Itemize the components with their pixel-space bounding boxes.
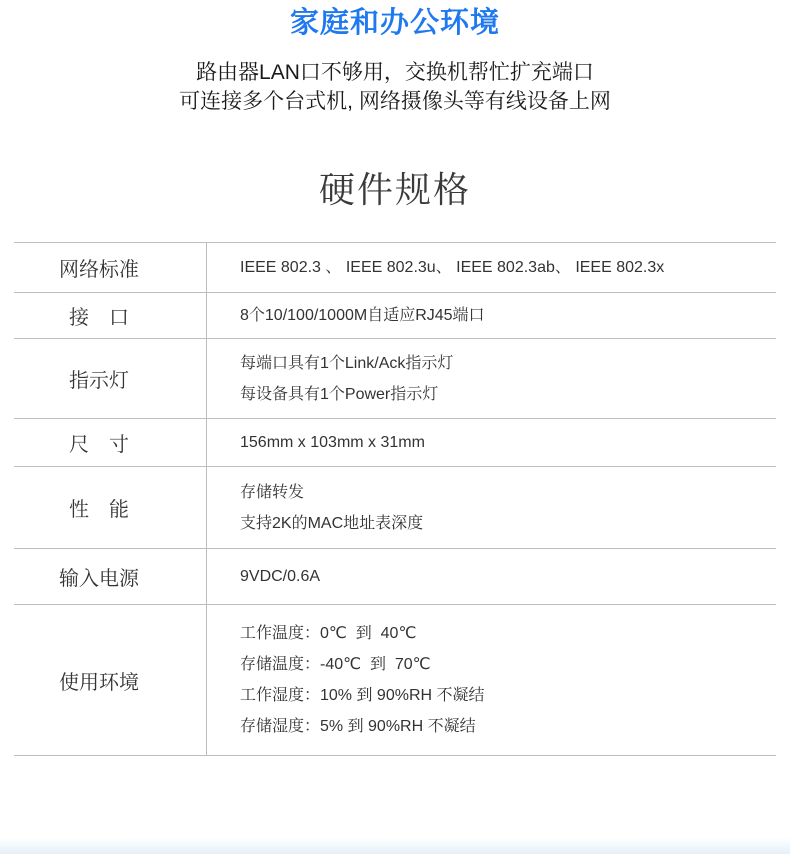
- table-row-input-power: 输入电源 9VDC/0.6A: [14, 548, 776, 604]
- row-label: 网络标准: [14, 243, 207, 292]
- row-value-line: 存储温度：-40℃ 到 70℃: [240, 649, 776, 680]
- row-label: 接 口: [14, 293, 207, 338]
- section-heading: 硬件规格: [0, 170, 790, 210]
- table-row-ports: 接 口 8个10/100/1000M自适应RJ45端口: [14, 292, 776, 338]
- spec-table: 网络标准 IEEE 802.3 、 IEEE 802.3u、 IEEE 802.…: [14, 242, 776, 756]
- row-value: 156mm x 103mm x 31mm: [207, 419, 776, 466]
- row-label: 尺 寸: [14, 419, 207, 466]
- intro-subtitle-line-2: 可连接多个台式机, 网络摄像头等有线设备上网: [0, 87, 790, 116]
- row-label: 性 能: [14, 467, 207, 548]
- row-label: 指示灯: [14, 339, 207, 418]
- intro-section: 家庭和办公环境 路由器LAN口不够用，交换机帮忙扩充端口 可连接多个台式机, 网…: [0, 0, 790, 116]
- row-value-line: 存储转发: [240, 477, 776, 508]
- row-value: 存储转发 支持2K的MAC地址表深度: [207, 467, 776, 548]
- row-value-line: 8个10/100/1000M自适应RJ45端口: [240, 300, 776, 331]
- row-value-line: 每端口具有1个Link/Ack指示灯: [240, 348, 776, 379]
- row-value-line: 每设备具有1个Power指示灯: [240, 379, 776, 410]
- intro-title: 家庭和办公环境: [0, 0, 790, 40]
- row-label: 输入电源: [14, 549, 207, 604]
- row-value: IEEE 802.3 、 IEEE 802.3u、 IEEE 802.3ab、 …: [207, 243, 776, 292]
- row-value-line: 156mm x 103mm x 31mm: [240, 427, 776, 458]
- row-value-line: 工作温度：0℃ 到 40℃: [240, 618, 776, 649]
- table-row-indicator-lights: 指示灯 每端口具有1个Link/Ack指示灯 每设备具有1个Power指示灯: [14, 338, 776, 418]
- row-value: 9VDC/0.6A: [207, 549, 776, 604]
- table-row-performance: 性 能 存储转发 支持2K的MAC地址表深度: [14, 466, 776, 548]
- row-value-line: 工作湿度：10% 到 90%RH 不凝结: [240, 680, 776, 711]
- table-row-operating-environment: 使用环境 工作温度：0℃ 到 40℃ 存储温度：-40℃ 到 70℃ 工作湿度：…: [14, 604, 776, 755]
- table-row-network-standard: 网络标准 IEEE 802.3 、 IEEE 802.3u、 IEEE 802.…: [14, 243, 776, 292]
- row-value: 8个10/100/1000M自适应RJ45端口: [207, 293, 776, 338]
- row-value: 工作温度：0℃ 到 40℃ 存储温度：-40℃ 到 70℃ 工作湿度：10% 到…: [207, 605, 776, 755]
- row-value-line: 存储湿度：5% 到 90%RH 不凝结: [240, 711, 776, 742]
- row-value: 每端口具有1个Link/Ack指示灯 每设备具有1个Power指示灯: [207, 339, 776, 418]
- table-row-dimensions: 尺 寸 156mm x 103mm x 31mm: [14, 418, 776, 466]
- intro-subtitle-line-1: 路由器LAN口不够用，交换机帮忙扩充端口: [0, 58, 790, 87]
- row-value-line: 支持2K的MAC地址表深度: [240, 508, 776, 539]
- row-value-line: 9VDC/0.6A: [240, 561, 776, 592]
- row-value-line: IEEE 802.3 、 IEEE 802.3u、 IEEE 802.3ab、 …: [240, 252, 776, 283]
- footer-gradient-band: [0, 838, 790, 854]
- row-label: 使用环境: [14, 605, 207, 755]
